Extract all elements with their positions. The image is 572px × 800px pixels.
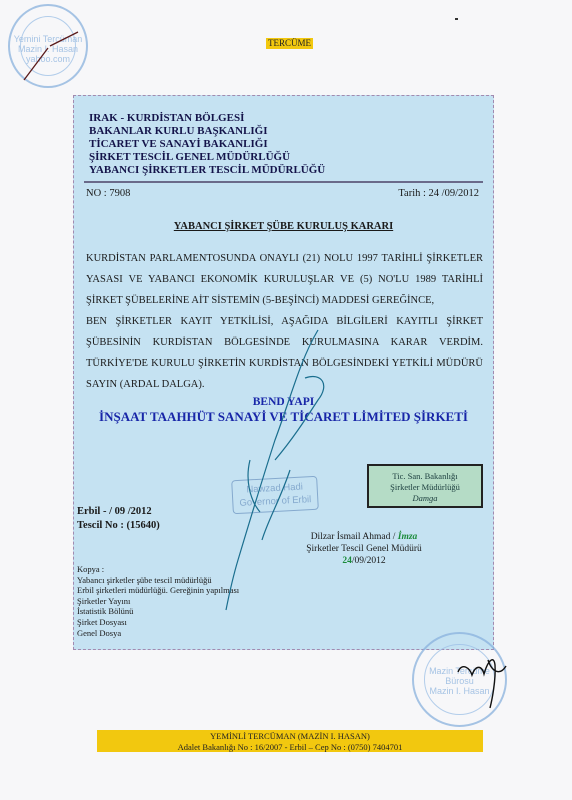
governor-stamp: Nawzad Hadi Governor of Erbil xyxy=(231,476,319,514)
signatory-name-line: Dilzar İsmail Ahmad / İmza xyxy=(249,531,479,543)
stamp-text: Mazin Tercüme Bürosu Mazin I. Hasan xyxy=(414,666,505,696)
company-name-line-2: İNŞAAT TAAHHÜT SANAYİ VE TİCARET LİMİTED… xyxy=(74,409,493,425)
footer-line-2: Adalet Bakanlığı No : 16/2007 - Erbil – … xyxy=(97,742,483,753)
stamp-text: Yemini Tercüman Mazin I. Hasan yahoo.com xyxy=(10,34,86,64)
copies-list: Kopya : Yabancı şirketler şübe tescil mü… xyxy=(77,564,239,638)
copy-item: Yabancı şirketler şübe tescil müdürlüğü xyxy=(77,575,239,586)
company-name-line-1: BEND YAPI xyxy=(74,396,493,409)
body-paragraph-2: BEN ŞİRKETLER KAYIT YETKİLİSİ, AŞAĞIDA B… xyxy=(86,311,483,395)
header-line: ŞİRKET TESCİL GENEL MÜDÜRLÜĞÜ xyxy=(89,151,325,164)
signatory-date: 24/09/2012 xyxy=(249,555,479,567)
copies-label: Kopya : xyxy=(77,564,239,575)
ministry-stamp-line: Tic. San. Bakanlığı xyxy=(369,471,481,482)
scan-mark xyxy=(455,18,458,20)
stamp-line: Yemini Tercüman xyxy=(10,34,86,44)
document-body: KURDİSTAN PARLAMENTOSUNDA ONAYLI (21) NO… xyxy=(86,248,483,395)
copy-item: Erbil şirketleri müdürlüğü. Gereğinin ya… xyxy=(77,585,239,596)
translator-footer: YEMİNLİ TERCÜMAN (MAZİN I. HASAN) Adalet… xyxy=(97,730,483,752)
copy-item: İstatistik Bölünü xyxy=(77,606,239,617)
header-line: IRAK - KURDİSTAN BÖLGESİ xyxy=(89,112,325,125)
header-divider xyxy=(84,181,483,183)
document-title: YABANCI ŞİRKET ŞÜBE KURULUŞ KARARI xyxy=(74,221,493,232)
company-name: BEND YAPI İNŞAAT TAAHHÜT SANAYİ VE TİCAR… xyxy=(74,396,493,425)
stamp-line: Mazin I. Hasan xyxy=(414,686,505,696)
copy-item: Şirketler Yayını xyxy=(77,596,239,607)
document-box: IRAK - KURDİSTAN BÖLGESİ BAKANLAR KURLU … xyxy=(73,95,494,650)
erbil-date: Erbil - / 09 /2012 xyxy=(77,506,152,517)
stamp-line: Mazin I. Hasan xyxy=(10,44,86,54)
signatory-block: Dilzar İsmail Ahmad / İmza Şirketler Tes… xyxy=(249,531,479,567)
copy-item: Genel Dosya xyxy=(77,628,239,639)
signatory-title: Şirketler Tescil Genel Müdürü xyxy=(249,543,479,555)
footer-line-1: YEMİNLİ TERCÜMAN (MAZİN I. HASAN) xyxy=(97,731,483,742)
document-header: IRAK - KURDİSTAN BÖLGESİ BAKANLAR KURLU … xyxy=(89,112,325,177)
signatory-date-rest: /09/2012 xyxy=(352,556,386,566)
header-line: YABANCI ŞİRKETLER TESCİL MÜDÜRLÜĞÜ xyxy=(89,164,325,177)
ministry-stamp-line: Damga xyxy=(369,493,481,504)
signatory-date-day: 24 xyxy=(342,556,352,566)
copy-item: Şirket Dosyası xyxy=(77,617,239,628)
translator-stamp-bottom: Mazin Tercüme Bürosu Mazin I. Hasan xyxy=(412,632,507,727)
signatory-name: Dilzar İsmail Ahmad / xyxy=(311,532,398,542)
ministry-stamp-line: Şirketler Müdürlüğü xyxy=(369,482,481,493)
registration-number: Tescil No : (15640) xyxy=(77,520,160,531)
signature-label: İmza xyxy=(398,532,418,542)
ministry-stamp: Tic. San. Bakanlığı Şirketler Müdürlüğü … xyxy=(367,464,483,508)
document-number: NO : 7908 xyxy=(86,188,130,199)
header-line: BAKANLAR KURLU BAŞKANLIĞI xyxy=(89,125,325,138)
stamp-line: yahoo.com xyxy=(10,54,86,64)
document-date: Tarih : 24 /09/2012 xyxy=(398,188,479,199)
stamp-line: Mazin Tercüme Bürosu xyxy=(414,666,505,686)
body-paragraph-1: KURDİSTAN PARLAMENTOSUNDA ONAYLI (21) NO… xyxy=(86,248,483,311)
translation-tag: TERCÜME xyxy=(266,38,313,49)
translator-stamp-top: Yemini Tercüman Mazin I. Hasan yahoo.com xyxy=(8,4,88,88)
header-line: TİCARET VE SANAYİ BAKANLIĞI xyxy=(89,138,325,151)
